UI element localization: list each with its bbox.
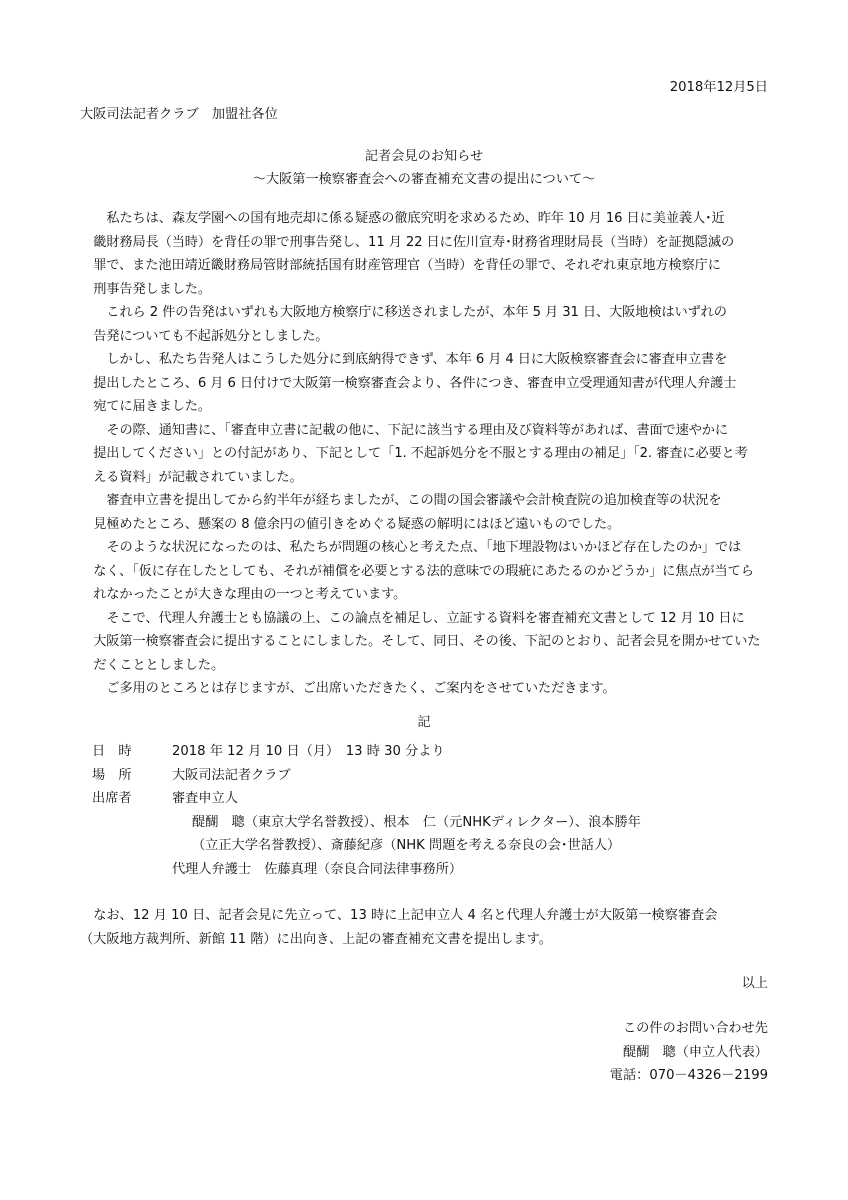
document-title: 記者会見のお知らせ [0,145,848,169]
text-line: そこで、代理人弁護士とも協議の上、この論点を補足し、立証する資料を審査補充文書と… [80,607,772,631]
press-release-document: 2018年12月5日 大阪司法記者クラブ 加盟社各位 記者会見のお知らせ ～大阪… [0,0,848,1200]
note-paragraph: なお、12 月 10 日、記者会見に先立って、13 時に上記申立人 4 名と代理… [80,904,772,951]
text-line: ご多用のところとは存じますが、ご出席いただきたく、ご案内をさせていただきます。 [80,677,772,701]
paragraph-3: しかし、私たち告発人はこうした処分に到底納得できず、本年 6 月 4 日に大阪検… [80,348,772,419]
paragraph-6: そのような状況になったのは、私たちが問題の核心と考えた点、「地下埋設物はいかほど… [80,536,772,607]
text-line: 畿財務局長（当時）を背任の罪で刑事告発し、11 月 22 日に佐川宣寿･財務省理… [80,231,772,255]
contact-phone: 電話：070－4326－2199 [610,1064,768,1088]
lawyer-line: 代理人弁護士 佐藤真理（奈良合同法律事務所） [172,858,462,882]
contact-name: 醍醐 聰（申立人代表） [610,1041,768,1065]
paragraph-2: これら 2 件の告発はいずれも大阪地方検察庁に移送されましたが、本年 5 月 3… [80,301,772,348]
document-subtitle: ～大阪第一検察審査会への審査補充文書の提出について～ [0,168,848,192]
paragraph-5: 審査申立書を提出してから約半年が経ちましたが、この間の国会審議や会計検査院の追加… [80,489,772,536]
paragraph-7: そこで、代理人弁護士とも協議の上、この論点を補足し、立証する資料を審査補充文書と… [80,607,772,678]
text-line: しかし、私たち告発人はこうした処分に到底納得できず、本年 6 月 4 日に大阪検… [80,348,772,372]
text-line: これら 2 件の告発はいずれも大阪地方検察庁に移送されましたが、本年 5 月 3… [80,301,772,325]
body-text: 私たちは、森友学園への国有地売却に係る疑惑の徹底究明を求めるため、昨年 10 月… [80,207,772,701]
place-value: 大阪司法記者クラブ [172,764,291,788]
text-line: 私たちは、森友学園への国有地売却に係る疑惑の徹底究明を求めるため、昨年 10 月… [80,207,772,231]
applicants-line-2: （立正大学名誉教授）、斎藤紀彦（NHK 問題を考える奈良の会･世話人） [192,834,620,858]
applicants-line-1: 醍醐 聰（東京大学名誉教授）、根本 仁（元NHKディレクター）、浪本勝年 [192,811,641,835]
datetime-label: 日 時 [92,740,152,764]
place-label: 場 所 [92,764,152,788]
text-line: 刑事告発しました。 [80,278,772,302]
closing-ijou: 以上 [742,972,768,996]
paragraph-1: 私たちは、森友学園への国有地売却に係る疑惑の徹底究明を求めるため、昨年 10 月… [80,207,772,301]
attendees-label: 出席者 [92,787,152,811]
ki-heading: 記 [0,711,848,735]
text-line: そのような状況になったのは、私たちが問題の核心と考えた点、「地下埋設物はいかほど… [80,536,772,560]
text-line: 審査申立書を提出してから約半年が経ちましたが、この間の国会審議や会計検査院の追加… [80,489,772,513]
paragraph-4: その際、通知書に、「審査申立書に記載の他に、下記に該当する理由及び資料等があれば… [80,419,772,490]
datetime-value: 2018 年 12 月 10 日（月） 13 時 30 分より [172,740,445,764]
text-line: れなかったことが大きな理由の一つと考えています。 [80,583,772,607]
text-line: 提出したところ、6 月 6 日付けで大阪第一検察審査会より、各件につき、審査申立… [80,372,772,396]
contact-block: この件のお問い合わせ先 醍醐 聰（申立人代表） 電話：070－4326－2199 [610,1017,768,1088]
text-line: 罪で、また池田靖近畿財務局管財部統括国有財産管理官（当時）を背任の罪で、それぞれ… [80,254,772,278]
text-line: 見極めたところ、懸案の 8 億余円の値引きをめぐる疑惑の解明にはほど遠いものでし… [80,513,772,537]
text-line: （大阪地方裁判所、新館 11 階）に出向き、上記の審査補充文書を提出します。 [80,928,772,952]
text-line: 大阪第一検察審査会に提出することにしました。そして、同日、その後、下記のとおり、… [80,630,772,654]
text-line: だくこととしました。 [80,654,772,678]
text-line: 提出してください」との付記があり、下記として「1. 不起訴処分を不服とする理由の… [80,442,772,466]
text-line: なく、「仮に存在したとしても、それが補償を必要とする法的意味での瑕疵にあたるのか… [80,560,772,584]
text-line: 宛てに届きました。 [80,395,772,419]
contact-heading: この件のお問い合わせ先 [610,1017,768,1041]
document-date: 2018年12月5日 [670,76,768,100]
addressee: 大阪司法記者クラブ 加盟社各位 [80,103,278,127]
applicants-heading: 審査申立人 [172,787,238,811]
text-line: える資料」が記載されていました。 [80,466,772,490]
text-line: 告発についても不起訴処分としました。 [80,325,772,349]
paragraph-8: ご多用のところとは存じますが、ご出席いただきたく、ご案内をさせていただきます。 [80,677,772,701]
text-line: なお、12 月 10 日、記者会見に先立って、13 時に上記申立人 4 名と代理… [80,904,772,928]
text-line: その際、通知書に、「審査申立書に記載の他に、下記に該当する理由及び資料等があれば… [80,419,772,443]
